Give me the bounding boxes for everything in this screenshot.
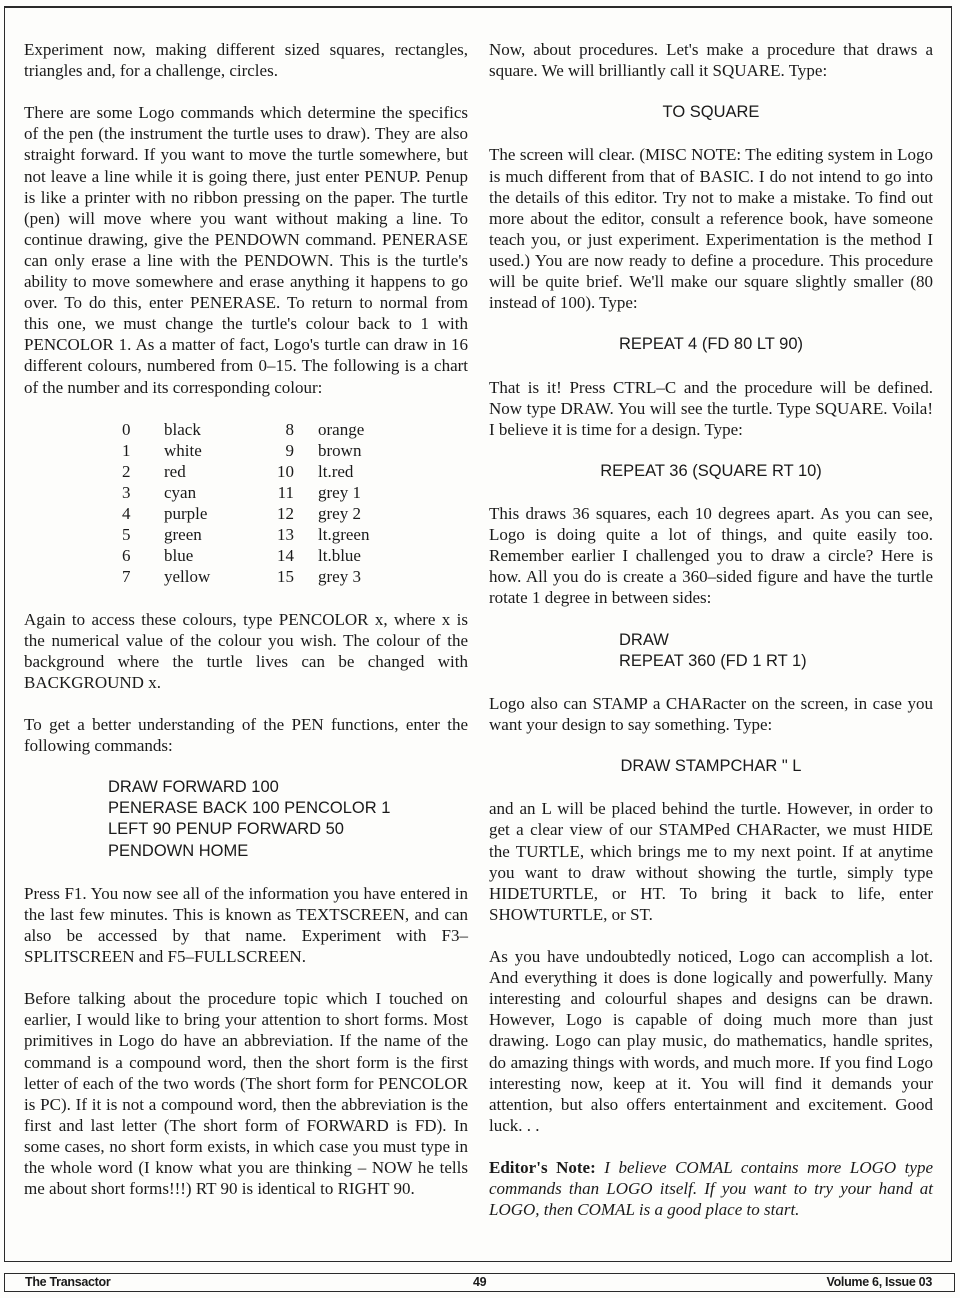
editor-note-label: Editor's Note: <box>489 1158 596 1177</box>
table-row: 7yellow15grey 3 <box>116 566 398 587</box>
code-block: REPEAT 36 (SQUARE RT 10) <box>489 461 933 482</box>
page-number: 49 <box>473 1275 486 1289</box>
paragraph: This draws 36 squares, each 10 degrees a… <box>489 503 933 608</box>
paragraph: That is it! Press CTRL–C and the procedu… <box>489 377 933 440</box>
editor-note: Editor's Note: I believe COMAL contains … <box>489 1157 933 1220</box>
table-row: 4purple12grey 2 <box>116 503 398 524</box>
paragraph: Before talking about the procedure topic… <box>24 988 468 1199</box>
right-column: Now, about procedures. Let's make a proc… <box>489 39 933 1241</box>
paragraph: Again to access these colours, type PENC… <box>24 609 468 693</box>
paragraph: Now, about procedures. Let's make a proc… <box>489 39 933 81</box>
table-row: 2red10lt.red <box>116 461 398 482</box>
code-block: DRAW STAMPCHAR " L <box>489 756 933 777</box>
issue-label: Volume 6, Issue 03 <box>826 1275 932 1289</box>
publication-name: The Transactor <box>25 1275 110 1289</box>
code-line: PENERASE BACK 100 PENCOLOR 1 <box>108 798 468 819</box>
code-line: LEFT 90 PENUP FORWARD 50 <box>108 819 468 840</box>
paragraph: Press F1. You now see all of the informa… <box>24 883 468 967</box>
colour-table: 0black8orange 1white9brown 2red10lt.red … <box>116 419 398 588</box>
paragraph: As you have undoubtedly noticed, Logo ca… <box>489 946 933 1136</box>
table-row: 5green13lt.green <box>116 524 398 545</box>
table-row: 1white9brown <box>116 440 398 461</box>
left-column: Experiment now, making different sized s… <box>24 39 468 1220</box>
code-block: TO SQUARE <box>489 102 933 123</box>
code-line: DRAW <box>619 630 933 651</box>
code-line: PENDOWN HOME <box>108 841 468 862</box>
paragraph: The screen will clear. (MISC NOTE: The e… <box>489 144 933 313</box>
table-row: 3cyan11grey 1 <box>116 482 398 503</box>
code-block: REPEAT 4 (FD 80 LT 90) <box>489 334 933 355</box>
table-row: 6blue14lt.blue <box>116 545 398 566</box>
code-block: DRAW FORWARD 100 PENERASE BACK 100 PENCO… <box>24 777 468 861</box>
code-line: REPEAT 360 (FD 1 RT 1) <box>619 651 933 672</box>
paragraph: Experiment now, making different sized s… <box>24 39 468 81</box>
code-line: DRAW FORWARD 100 <box>108 777 468 798</box>
paragraph: and an L will be placed behind the turtl… <box>489 798 933 925</box>
paragraph: Logo also can STAMP a CHARacter on the s… <box>489 693 933 735</box>
paragraph: There are some Logo commands which deter… <box>24 102 468 397</box>
code-block: DRAW REPEAT 360 (FD 1 RT 1) <box>489 630 933 672</box>
page-footer: The Transactor 49 Volume 6, Issue 03 <box>4 1273 955 1292</box>
table-row: 0black8orange <box>116 419 398 440</box>
paragraph: To get a better understanding of the PEN… <box>24 714 468 756</box>
